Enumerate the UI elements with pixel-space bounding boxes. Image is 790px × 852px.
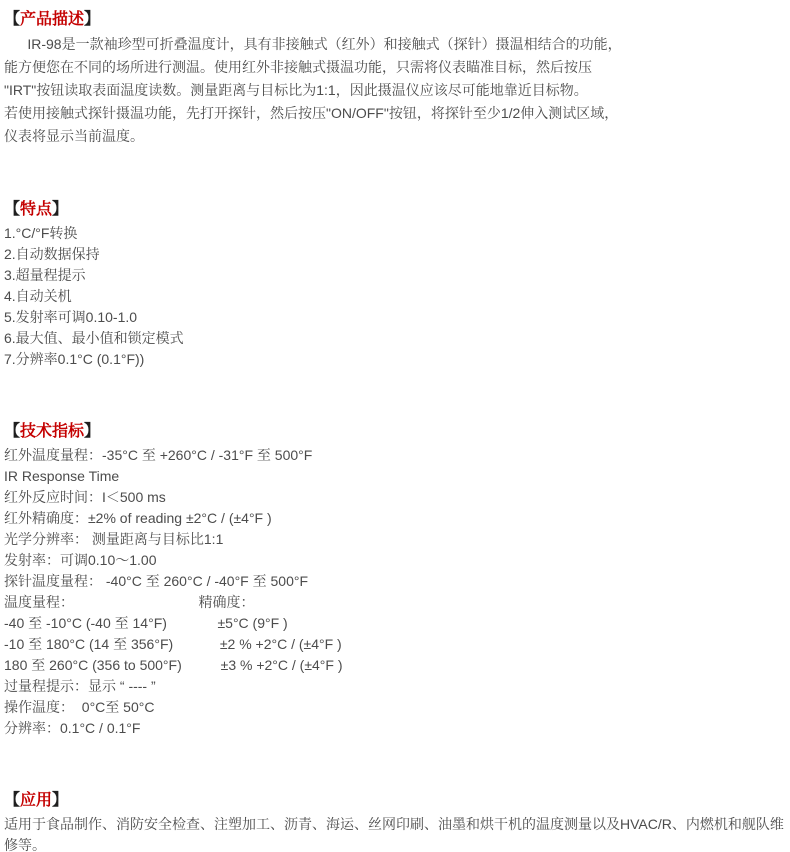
text-line: 5.发射率可调0.10-1.0 <box>4 307 790 328</box>
heading-title: 技术指标 <box>20 423 84 440</box>
text-line: 仪表将显示当前温度。 <box>4 125 790 148</box>
heading-bracket-open: 【 <box>4 11 20 28</box>
text-line: 2.自动数据保持 <box>4 244 790 265</box>
text-line: 红外精确度：±2% of reading ±2°C / (±4°F ) <box>4 508 790 529</box>
text-line: 修等。 <box>4 835 790 852</box>
section-lines: 适用于食品制作、消防安全检查、注塑加工、沥青、海运、丝网印刷、油墨和烘干机的温度… <box>4 814 790 852</box>
heading-title: 特点 <box>20 201 52 218</box>
heading-title: 产品描述 <box>20 11 84 28</box>
section-heading: 【产品描述】 <box>4 10 790 29</box>
text-line: 7.分辨率0.1°C (0.1°F)) <box>4 349 790 370</box>
text-line: 4.自动关机 <box>4 286 790 307</box>
text-line: 1.°C/°F转换 <box>4 223 790 244</box>
text-line: 适用于食品制作、消防安全检查、注塑加工、沥青、海运、丝网印刷、油墨和烘干机的温度… <box>4 814 790 835</box>
text-line: 光学分辨率： 测量距离与目标比1:1 <box>4 529 790 550</box>
section-applications: 【应用】 适用于食品制作、消防安全检查、注塑加工、沥青、海运、丝网印刷、油墨和烘… <box>4 791 790 852</box>
heading-title: 应用 <box>20 792 52 809</box>
section-heading: 【应用】 <box>4 791 790 810</box>
text-line: 探针温度量程： -40°C 至 260°C / -40°F 至 500°F <box>4 571 790 592</box>
heading-bracket-close: 】 <box>52 792 68 809</box>
text-line: IR-98是一款袖珍型可折叠温度计，具有非接触式（红外）和接触式（探针）摄温相结… <box>4 33 790 56</box>
heading-bracket-close: 】 <box>84 423 100 440</box>
text-line: 能方便您在不同的场所进行测温。使用红外非接触式摄温功能，只需将仪表瞄准目标，然后… <box>4 56 790 79</box>
text-line: 分辨率：0.1°C / 0.1°F <box>4 718 790 739</box>
text-line: 发射率：可调0.10～1.00 <box>4 550 790 571</box>
section-heading: 【特点】 <box>4 200 790 219</box>
text-line: "IRT"按钮读取表面温度读数。测量距离与目标比为1:1，因此摄温仪应该尽可能地… <box>4 79 790 102</box>
text-line: -10 至 180°C (14 至 356°F) ±2 % +2°C / (±4… <box>4 634 790 655</box>
heading-bracket-open: 【 <box>4 792 20 809</box>
section-lines: IR-98是一款袖珍型可折叠温度计，具有非接触式（红外）和接触式（探针）摄温相结… <box>4 33 790 148</box>
text-line: 180 至 260°C (356 to 500°F) ±3 % +2°C / (… <box>4 655 790 676</box>
section-features: 【特点】 1.°C/°F转换2.自动数据保持3.超量程提示4.自动关机5.发射率… <box>4 200 790 370</box>
text-line: -40 至 -10°C (-40 至 14°F) ±5°C (9°F ) <box>4 613 790 634</box>
text-line: 红外反应时间：I＜500 ms <box>4 487 790 508</box>
text-line: IR Response Time <box>4 466 790 487</box>
heading-bracket-open: 【 <box>4 201 20 218</box>
text-line: 3.超量程提示 <box>4 265 790 286</box>
section-lines: 红外温度量程：-35°C 至 +260°C / -31°F 至 500°FIR … <box>4 445 790 739</box>
text-line: 温度量程： 精确度： <box>4 592 790 613</box>
document-body: 【产品描述】 IR-98是一款袖珍型可折叠温度计，具有非接触式（红外）和接触式（… <box>0 0 790 852</box>
text-line: 红外温度量程：-35°C 至 +260°C / -31°F 至 500°F <box>4 445 790 466</box>
section-lines: 1.°C/°F转换2.自动数据保持3.超量程提示4.自动关机5.发射率可调0.1… <box>4 223 790 370</box>
text-line: 操作温度： 0°C至 50°C <box>4 697 790 718</box>
text-line: 若使用接触式探针摄温功能，先打开探针，然后按压"ON/OFF"按钮，将探针至少1… <box>4 102 790 125</box>
heading-bracket-close: 】 <box>84 11 100 28</box>
heading-bracket-open: 【 <box>4 423 20 440</box>
section-product-description: 【产品描述】 IR-98是一款袖珍型可折叠温度计，具有非接触式（红外）和接触式（… <box>4 10 790 148</box>
heading-bracket-close: 】 <box>52 201 68 218</box>
text-line: 过量程提示：显示 “ ---- ” <box>4 676 790 697</box>
section-technical-specs: 【技术指标】 红外温度量程：-35°C 至 +260°C / -31°F 至 5… <box>4 422 790 739</box>
text-line: 6.最大值、最小值和锁定模式 <box>4 328 790 349</box>
section-heading: 【技术指标】 <box>4 422 790 441</box>
